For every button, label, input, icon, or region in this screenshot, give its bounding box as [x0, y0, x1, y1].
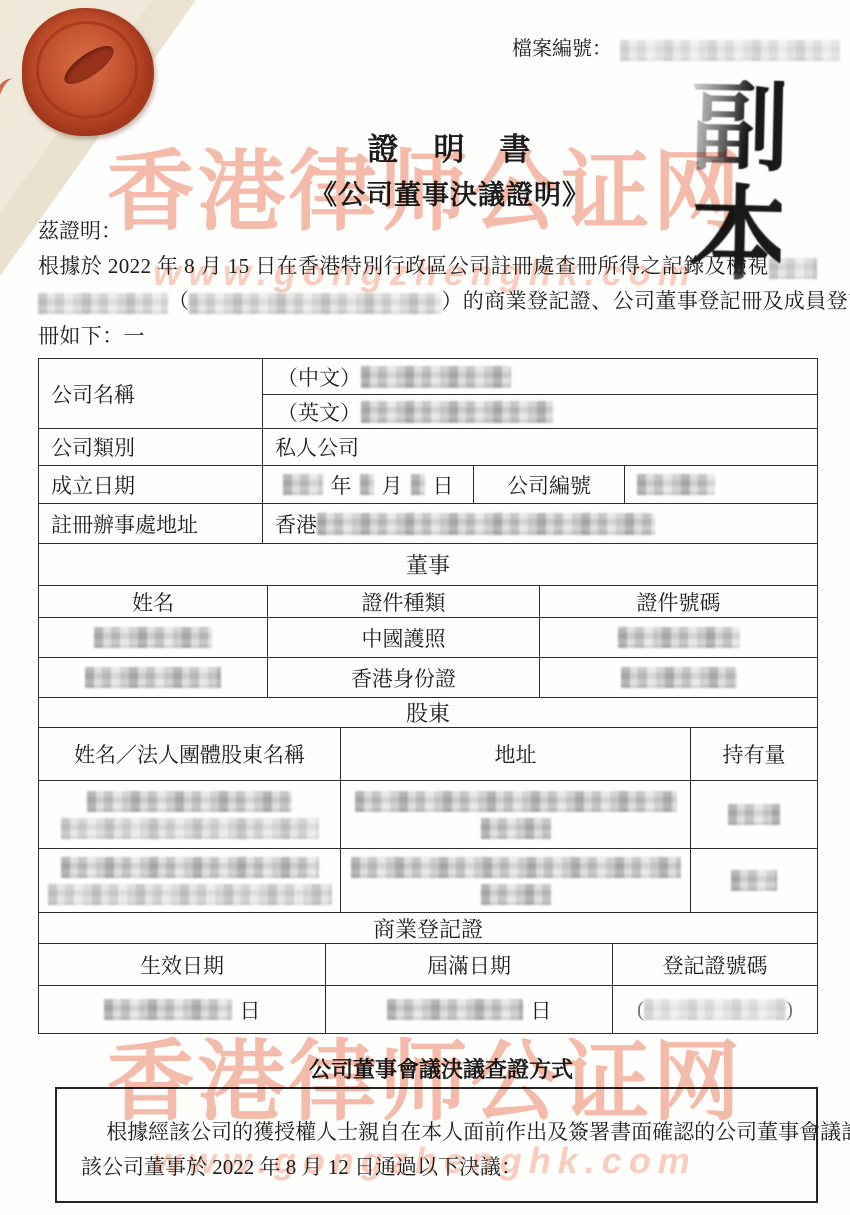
- directors-col-name: 姓名: [39, 586, 268, 617]
- verification-heading: 公司董事會議決議查證方式: [16, 1053, 850, 1084]
- incorporation-date-cell: 年月日: [263, 466, 474, 503]
- director-2-name-cell: [39, 658, 268, 697]
- shareholder-1-name-cell: [39, 781, 341, 848]
- intro-line-3: 冊如下：一: [38, 320, 820, 350]
- wax-seal-icon: [22, 8, 154, 136]
- company-number-label-cell: 公司編號: [474, 466, 625, 503]
- company-name-label-cell: 公司名稱: [39, 359, 263, 428]
- director-2-idtype-cell: 香港身份證: [268, 658, 540, 697]
- certificate-document: 香港律师公证网 www.gongzhenghk.com 香港律师公证网 www.…: [0, 0, 850, 1215]
- br-number-cell: (): [613, 986, 817, 1033]
- intro-line-1-text: 根據於 2022 年 8 月 15 日在香港特別行政區公司註冊處查冊所得之記錄及…: [38, 254, 769, 278]
- shareholders-section-header: 股東: [39, 698, 817, 728]
- unit-year: 年: [331, 470, 352, 500]
- shareholder-1-holding-cell: [691, 781, 817, 848]
- br-data-row: 日 日 (): [39, 986, 817, 1033]
- shareholder-2-address-cell: [341, 849, 691, 912]
- shareholder-1-address-redacted-a: [355, 791, 677, 812]
- file-number-label: 檔案編號：: [512, 38, 612, 60]
- address-label-cell: 註冊辦事處地址: [39, 504, 263, 543]
- verification-line-2: 該公司董事於 2022 年 8 月 12 日通過以下決議：: [81, 1150, 792, 1185]
- address-value-cell: 香港: [263, 504, 817, 543]
- br-section-header: 商業登記證: [39, 913, 817, 944]
- unit-month: 月: [382, 470, 403, 500]
- shareholder-2-name-cell: [39, 849, 341, 912]
- company-name-cn-row: （中文）: [263, 359, 817, 395]
- br-col-effective: 生效日期: [39, 944, 326, 985]
- br-number-close-paren: ): [786, 997, 793, 1022]
- directors-section-header: 董事: [39, 544, 817, 586]
- br-expiry-day-suffix: 日: [531, 995, 552, 1025]
- shareholders-col-address: 地址: [341, 728, 691, 780]
- address-prefix: 香港: [275, 509, 317, 539]
- shareholders-col-holding: 持有量: [691, 728, 817, 780]
- director-1-idnumber-cell: [540, 618, 817, 657]
- company-name-values: （中文） （英文）: [263, 359, 817, 428]
- address-redacted: [317, 513, 655, 535]
- incorporation-label-cell: 成立日期: [39, 466, 263, 503]
- br-expiry-cell: 日: [326, 986, 613, 1033]
- verification-box: 根據經該公司的獲授權人士親自在本人面前作出及簽署書面確認的公司董事會議記錄， 該…: [55, 1087, 818, 1203]
- directors-col-idnumber: 證件號碼: [540, 586, 817, 617]
- company-type-row: 公司類別 私人公司: [39, 429, 817, 466]
- copy-stamp-char-1: 副: [690, 79, 784, 181]
- director-2-idnumber-redacted: [621, 667, 737, 688]
- company-name-en-label: （英文）: [277, 397, 361, 427]
- directors-columns-row: 姓名 證件種類 證件號碼: [39, 586, 817, 618]
- director-1-name-cell: [39, 618, 268, 657]
- file-number-row: 檔案編號：: [512, 32, 840, 61]
- br-columns-row: 生效日期 屆滿日期 登記證號碼: [39, 944, 817, 986]
- incorp-year-redacted: [283, 474, 323, 495]
- shareholder-row-2: [39, 849, 817, 913]
- registered-address-row: 註冊辦事處地址 香港: [39, 504, 817, 544]
- company-number-value-cell: [625, 466, 817, 503]
- shareholder-1-holding-redacted: [728, 804, 780, 825]
- shareholder-1-name-redacted-a: [87, 791, 292, 812]
- company-particulars-table: 公司名稱 （中文） （英文） 公司類別 私人公司 成立日期 年月日 公司編號: [38, 358, 818, 1034]
- director-1-idtype-cell: 中國護照: [268, 618, 540, 657]
- br-effective-day-suffix: 日: [240, 995, 261, 1025]
- director-1-name-redacted: [94, 627, 212, 648]
- incorp-day-redacted: [411, 474, 425, 495]
- copy-stamp: 副 本: [688, 79, 784, 295]
- br-number-redacted: [644, 999, 786, 1020]
- unit-day: 日: [433, 470, 454, 500]
- company-type-value-cell: 私人公司: [263, 429, 817, 465]
- director-2-name-redacted: [85, 667, 221, 688]
- company-name-en-redacted: [361, 401, 553, 423]
- shareholder-2-address-redacted-a: [351, 857, 681, 878]
- director-2-idnumber-cell: [540, 658, 817, 697]
- intro-line-2-text: ）的商業登記證、公司董事登記冊及成員登記: [441, 289, 850, 313]
- shareholder-2-name-redacted-b: [48, 884, 332, 905]
- intro-line-2-redacted-b: [189, 293, 441, 314]
- certify-label: 茲證明：: [38, 215, 122, 245]
- br-effective-redacted: [104, 999, 232, 1020]
- company-number-redacted: [637, 474, 715, 495]
- br-col-number: 登記證號碼: [613, 944, 817, 985]
- shareholder-2-name-redacted-a: [61, 857, 319, 878]
- br-col-expiry: 屆滿日期: [326, 944, 613, 985]
- br-effective-cell: 日: [39, 986, 326, 1033]
- company-name-cn-label: （中文）: [277, 362, 361, 392]
- shareholder-2-address-redacted-b: [481, 884, 551, 905]
- director-row-1: 中國護照: [39, 618, 817, 658]
- file-number-redacted: [620, 40, 840, 61]
- shareholder-1-name-redacted-b: [61, 818, 319, 839]
- shareholder-2-holding-cell: [691, 849, 817, 912]
- shareholders-columns-row: 姓名／法人團體股東名稱 地址 持有量: [39, 728, 817, 781]
- intro-line-2-redacted-a: [38, 293, 168, 314]
- shareholder-1-address-cell: [341, 781, 691, 848]
- shareholder-row-1: [39, 781, 817, 849]
- company-name-row: 公司名稱 （中文） （英文）: [39, 359, 817, 429]
- director-1-idnumber-redacted: [618, 627, 740, 648]
- incorporation-row: 成立日期 年月日 公司編號: [39, 466, 817, 504]
- company-name-en-row: （英文）: [263, 395, 817, 428]
- company-type-label-cell: 公司類別: [39, 429, 263, 465]
- directors-col-idtype: 證件種類: [268, 586, 540, 617]
- company-name-cn-redacted: [361, 366, 511, 388]
- shareholder-1-address-redacted-b: [481, 818, 551, 839]
- copy-stamp-char-2: 本: [688, 179, 782, 295]
- br-number-open-paren: (: [637, 997, 644, 1022]
- verification-line-1: 根據經該公司的獲授權人士親自在本人面前作出及簽署書面確認的公司董事會議記錄，: [81, 1115, 792, 1150]
- intro-paren-open: （: [168, 289, 189, 313]
- director-row-2: 香港身份證: [39, 658, 817, 698]
- br-expiry-redacted: [387, 999, 523, 1020]
- shareholder-2-holding-redacted: [731, 870, 777, 891]
- shareholders-col-name: 姓名／法人團體股東名稱: [39, 728, 341, 780]
- incorp-month-redacted: [360, 474, 374, 495]
